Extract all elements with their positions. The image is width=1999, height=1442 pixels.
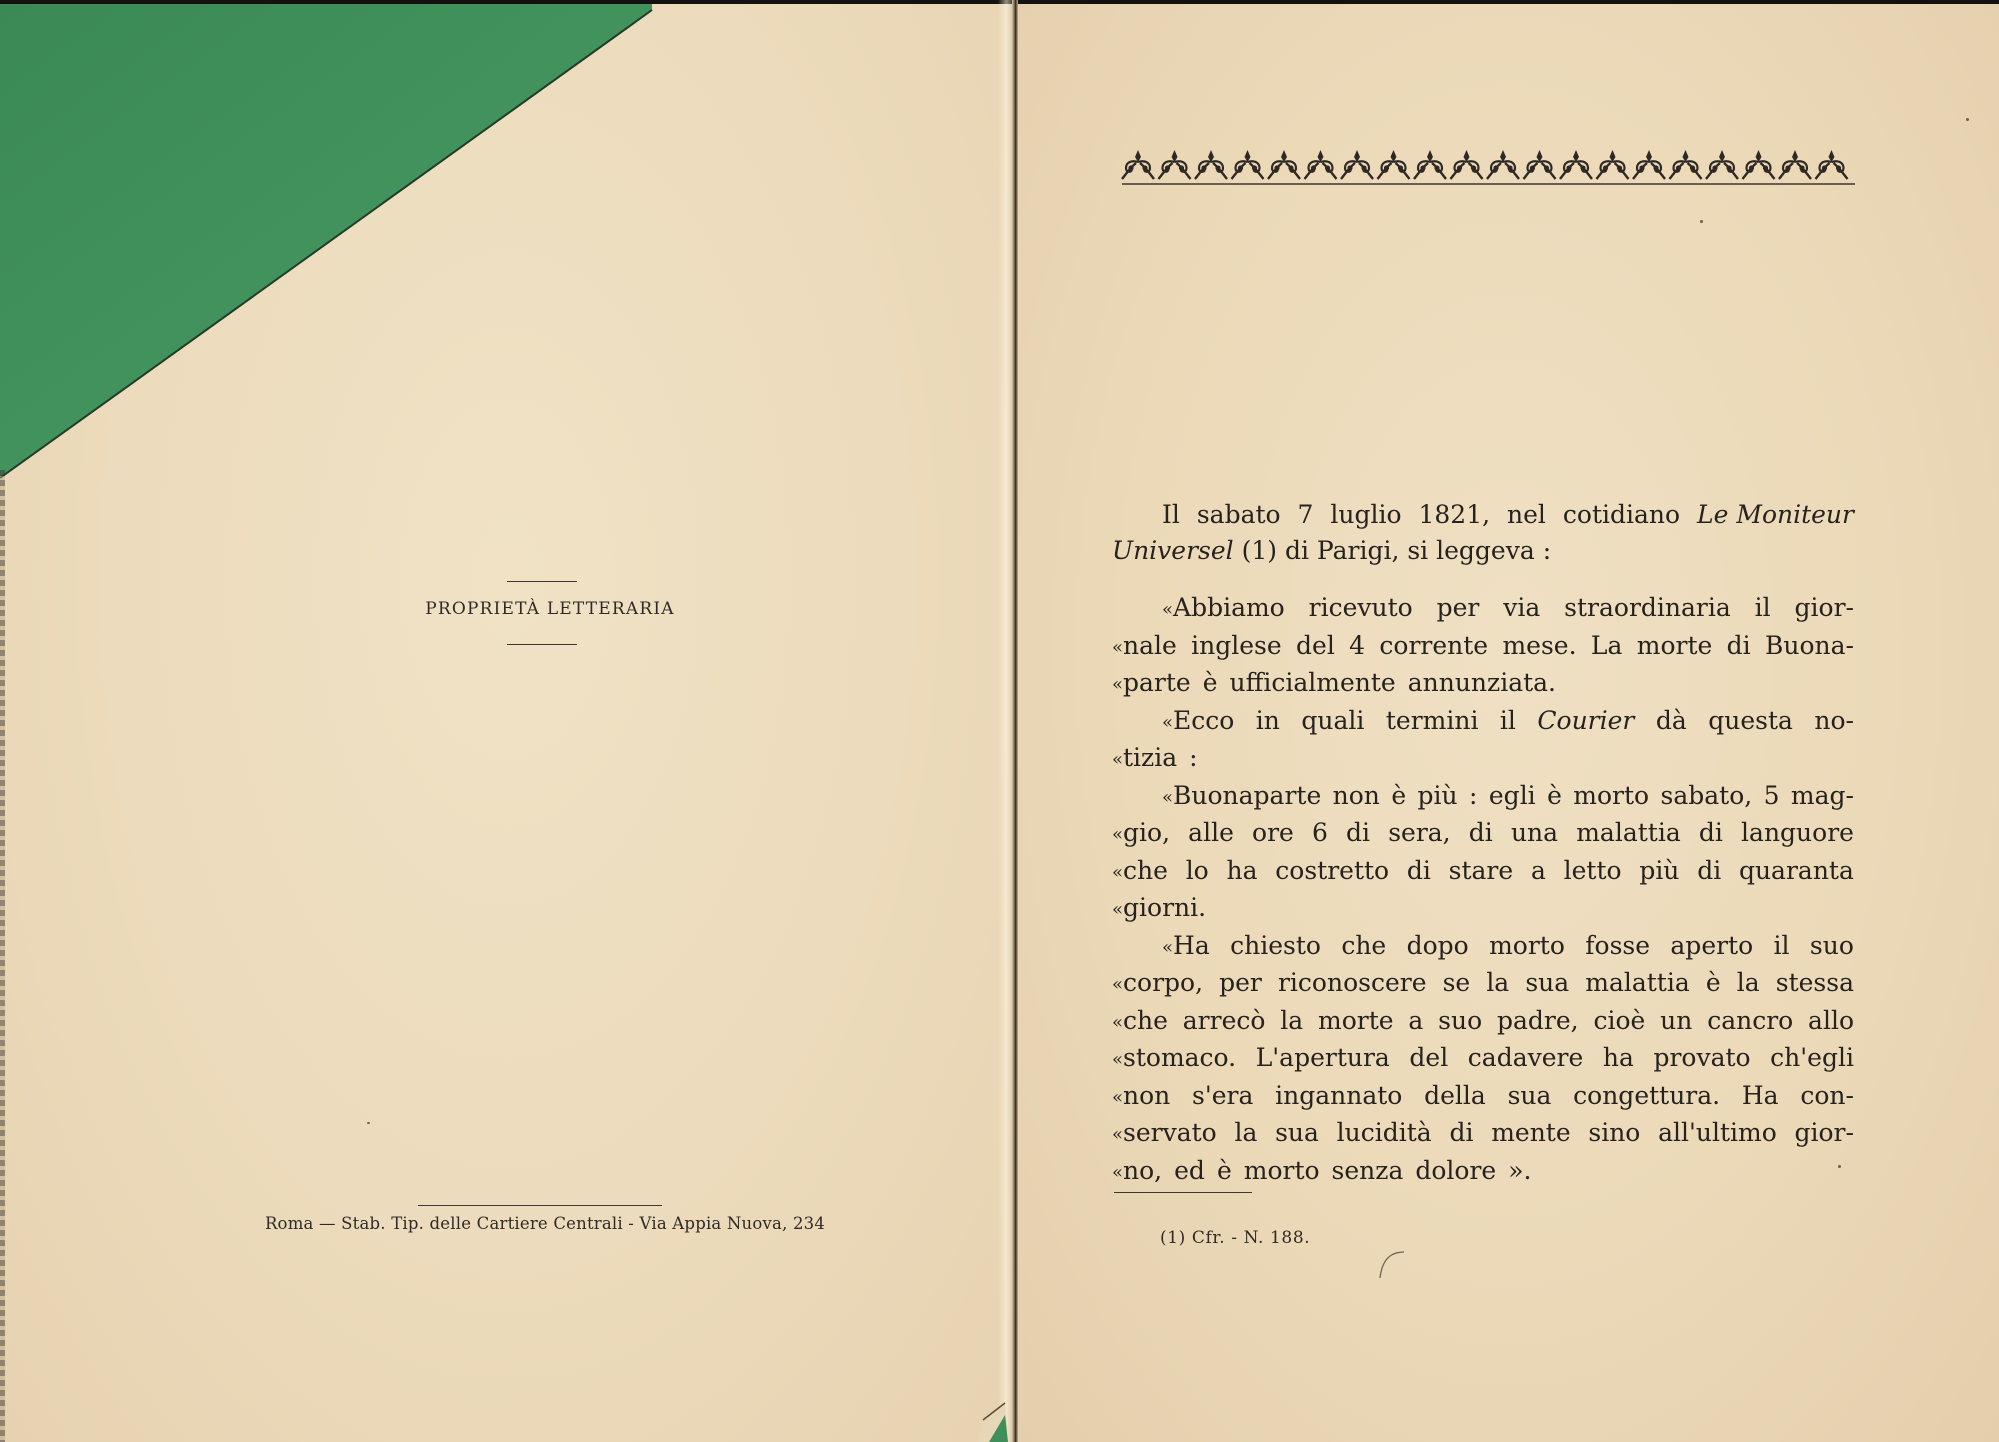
word: costretto <box>1275 853 1389 891</box>
word: di <box>1727 628 1751 666</box>
word: lo <box>1186 853 1209 891</box>
word: morto <box>1573 778 1649 816</box>
guillemet-mark: « <box>1162 592 1171 628</box>
word: ch'egli <box>1770 1040 1854 1078</box>
word: luglio <box>1330 497 1401 533</box>
quote-line: «corpo,perriconoscereselasuamalattiaèlas… <box>1112 965 1854 1003</box>
word: arrecò <box>1183 1003 1266 1041</box>
word: 7 <box>1298 497 1314 533</box>
word: «Ecco <box>1162 703 1234 741</box>
guillemet-mark: « <box>1112 1005 1121 1041</box>
printer-imprint: Roma — Stab. Tip. delle Cartiere Central… <box>220 1214 870 1233</box>
paper-speck <box>1966 118 1969 121</box>
word: : <box>1189 740 1197 778</box>
book-spread: PROPRIETÀ LETTERARIA Roma — Stab. Tip. d… <box>0 0 1999 1442</box>
word: il <box>1500 703 1516 741</box>
word: la <box>1486 965 1509 1003</box>
quote-line: «stomaco.L'aperturadelcadaverehaprovatoc… <box>1112 1040 1854 1078</box>
word: di <box>1469 815 1493 853</box>
word: gior- <box>1795 1115 1854 1153</box>
word: «giorni. <box>1112 890 1206 928</box>
word: sabato, <box>1661 778 1753 816</box>
word: alle <box>1188 815 1234 853</box>
word: Il <box>1162 497 1180 533</box>
word: se <box>1443 965 1471 1003</box>
word: non <box>1333 778 1380 816</box>
word: la <box>1737 965 1760 1003</box>
word: : <box>1469 778 1477 816</box>
intro-line-2: Universel (1) di Parigi, si leggeva : <box>1112 533 1854 569</box>
word: letto <box>1564 853 1622 891</box>
guillemet-mark: « <box>1112 1117 1121 1153</box>
newspaper-name: Courier <box>1537 703 1634 741</box>
word: di <box>1407 853 1431 891</box>
quote-line: «no,edèmortosenzadolore». <box>1112 1153 1854 1191</box>
word: «Buonaparte <box>1162 778 1321 816</box>
word: La <box>1591 628 1623 666</box>
quote-line: «chelohacostrettodistarealettopiùdiquara… <box>1112 853 1854 891</box>
word: dà <box>1656 703 1687 741</box>
guillemet-mark: « <box>1162 780 1171 816</box>
word: ingannato <box>1275 1078 1402 1116</box>
word: s'era <box>1192 1078 1253 1116</box>
quote-line: «Buonapartenonèpiù:eglièmortosabato,5mag… <box>1112 778 1854 816</box>
pencil-mark <box>1360 1250 1410 1280</box>
word: cioè <box>1593 1003 1645 1041</box>
guillemet-mark: « <box>1162 930 1171 966</box>
word: all'ultimo <box>1658 1115 1777 1153</box>
word: di <box>1699 815 1723 853</box>
word: sua <box>1275 1115 1319 1153</box>
word: stare <box>1449 853 1514 891</box>
word: per <box>1219 965 1262 1003</box>
word: con- <box>1800 1078 1854 1116</box>
newspaper-title-cont: Universel <box>1112 536 1234 565</box>
quote-line: «naleinglesedel4correntemese.LamortediBu… <box>1112 628 1854 666</box>
word: «corpo, <box>1112 965 1203 1003</box>
word: «che <box>1112 1003 1168 1041</box>
word: cancro <box>1707 1003 1793 1041</box>
quote-line: «gio,alleore6disera,diunamalattiadilangu… <box>1112 815 1854 853</box>
word: Buona- <box>1765 628 1854 666</box>
word: una <box>1511 815 1558 853</box>
word: no- <box>1814 703 1854 741</box>
word: dolore <box>1415 1153 1496 1191</box>
copyright-notice: PROPRIETÀ LETTERARIA <box>380 599 720 619</box>
word: chiesto <box>1230 928 1321 966</box>
word: straordinaria <box>1564 590 1731 628</box>
word: lucidità <box>1337 1115 1432 1153</box>
word: del <box>1296 628 1335 666</box>
guillemet-mark: « <box>1112 817 1121 853</box>
word: annunziata. <box>1408 665 1556 703</box>
guillemet-mark: « <box>1112 742 1121 778</box>
guillemet-mark: « <box>1112 1042 1121 1078</box>
quote-line: «nons'eraingannatodellasuacongettura.Hac… <box>1112 1078 1854 1116</box>
guillemet-mark: « <box>1112 855 1121 891</box>
word: cadavere <box>1468 1040 1583 1078</box>
word: «tizia <box>1112 740 1177 778</box>
word: più <box>1639 853 1679 891</box>
word: padre, <box>1497 1003 1579 1041</box>
word: 6 <box>1312 815 1328 853</box>
word: mente <box>1491 1115 1570 1153</box>
word: sua <box>1508 1078 1552 1116</box>
intro-rest: (1) di Parigi, si leggeva : <box>1242 533 1552 569</box>
word: provato <box>1653 1040 1750 1078</box>
word: a <box>1531 853 1546 891</box>
word: mag- <box>1791 778 1854 816</box>
word: languore <box>1741 815 1854 853</box>
quote-line: «servatolasualuciditàdimentesinoall'ulti… <box>1112 1115 1854 1153</box>
word: che <box>1341 928 1386 966</box>
word: nel <box>1507 497 1546 533</box>
quote-line: «Hachiestochedopomortofosseapertoilsuo <box>1112 928 1854 966</box>
word: corrente <box>1379 628 1488 666</box>
word: ha <box>1603 1040 1634 1078</box>
quote-line: «giorni. <box>1112 890 1854 928</box>
page-edge-shadow <box>0 470 5 1442</box>
word: il <box>1774 928 1790 966</box>
guillemet-mark: « <box>1112 630 1121 666</box>
word: è <box>1547 778 1562 816</box>
intro-line-1: Il sabato 7 luglio 1821, nel cotidiano L… <box>1112 497 1854 533</box>
word: un <box>1660 1003 1692 1041</box>
word: congettura. <box>1573 1078 1720 1116</box>
word: suo <box>1438 1003 1482 1041</box>
word: «no, <box>1112 1153 1162 1191</box>
word: di <box>1449 1115 1473 1153</box>
word: cotidiano <box>1563 497 1680 533</box>
guillemet-mark: « <box>1112 1155 1121 1191</box>
word: allo <box>1808 1003 1854 1041</box>
quote-line: «chearrecòlamorteasuopadre,cioèuncancroa… <box>1112 1003 1854 1041</box>
word: ed <box>1174 1153 1205 1191</box>
word: riconoscere <box>1278 965 1427 1003</box>
word: senza <box>1332 1153 1404 1191</box>
word: di <box>1697 853 1721 891</box>
word: ricevuto <box>1309 590 1413 628</box>
guillemet-mark: « <box>1162 705 1171 741</box>
word: malattia <box>1576 815 1681 853</box>
guillemet-mark: « <box>1112 1080 1121 1116</box>
word: è <box>1203 665 1218 703</box>
word: «parte <box>1112 665 1191 703</box>
word: ha <box>1227 853 1258 891</box>
quote-line: «parteèufficialmenteannunziata. <box>1112 665 1854 703</box>
word: ». <box>1508 1153 1531 1191</box>
word: morto <box>1489 928 1565 966</box>
word: inglese <box>1191 628 1282 666</box>
word: sino <box>1588 1115 1640 1153</box>
word: la <box>1280 1003 1303 1041</box>
paper-speck <box>367 1122 370 1124</box>
quoted-dispatch: «Abbiamoricevutoperviastraordinariailgio… <box>1112 590 1854 1190</box>
guillemet-mark: « <box>1112 667 1121 703</box>
word: morte <box>1318 1003 1394 1041</box>
word: ufficialmente <box>1230 665 1396 703</box>
word: via <box>1503 590 1540 628</box>
word: morto <box>1244 1153 1320 1191</box>
guillemet-mark: « <box>1112 892 1121 928</box>
newspaper-title: Le Moniteur <box>1697 497 1854 533</box>
word: il <box>1755 590 1771 628</box>
word: è <box>1391 778 1406 816</box>
word: la <box>1234 1115 1257 1153</box>
paper-speck <box>1700 220 1703 223</box>
word: sera, <box>1388 815 1450 853</box>
word: sua <box>1525 965 1569 1003</box>
word: quaranta <box>1739 853 1854 891</box>
word: quali <box>1301 703 1364 741</box>
word: «stomaco. <box>1112 1040 1236 1078</box>
word: 4 <box>1349 628 1365 666</box>
word: sabato <box>1197 497 1281 533</box>
word: è <box>1706 965 1721 1003</box>
footnote: (1) Cfr. - N. 188. <box>1160 1228 1310 1248</box>
word: 1821, <box>1419 497 1491 533</box>
word: aperto <box>1670 928 1753 966</box>
spine-tear <box>975 1395 1010 1442</box>
gutter-highlight <box>998 0 1012 1442</box>
word: questa <box>1708 703 1793 741</box>
green-cover-corner <box>0 0 660 480</box>
word: a <box>1408 1003 1423 1041</box>
word: fosse <box>1585 928 1650 966</box>
word: malattia <box>1585 965 1690 1003</box>
word: stessa <box>1776 965 1854 1003</box>
rule-above-copyright <box>507 581 577 582</box>
word: «gio, <box>1112 815 1170 853</box>
word: suo <box>1810 928 1854 966</box>
word: «Abbiamo <box>1162 590 1285 628</box>
word: più <box>1418 778 1458 816</box>
rule-above-imprint <box>418 1205 662 1206</box>
quote-line: «EccoinqualiterminiilCourierdàquestano- <box>1112 703 1854 741</box>
word: Ha <box>1742 1078 1779 1116</box>
word: L'apertura <box>1256 1040 1390 1078</box>
fleuron-border-ornament <box>1120 148 1855 186</box>
word: dopo <box>1407 928 1469 966</box>
word: ore <box>1252 815 1294 853</box>
word: per <box>1437 590 1480 628</box>
word: in <box>1256 703 1280 741</box>
word: della <box>1424 1078 1486 1116</box>
word: «che <box>1112 853 1168 891</box>
word: gior- <box>1795 590 1854 628</box>
rule-below-copyright <box>507 644 577 645</box>
paper-speck <box>1838 1165 1841 1168</box>
word: termini <box>1386 703 1479 741</box>
word: mese. <box>1502 628 1576 666</box>
word: «servato <box>1112 1115 1217 1153</box>
guillemet-mark: « <box>1112 967 1121 1003</box>
word: di <box>1346 815 1370 853</box>
word: del <box>1409 1040 1448 1078</box>
intro-paragraph: Il sabato 7 luglio 1821, nel cotidiano L… <box>1112 497 1854 568</box>
quote-line: «tizia: <box>1112 740 1854 778</box>
word: 5 <box>1764 778 1780 816</box>
word: «nale <box>1112 628 1177 666</box>
footnote-rule <box>1114 1192 1252 1193</box>
word: «non <box>1112 1078 1170 1116</box>
word: morte <box>1637 628 1713 666</box>
word: è <box>1217 1153 1232 1191</box>
word: egli <box>1489 778 1536 816</box>
quote-line: «Abbiamoricevutoperviastraordinariailgio… <box>1112 590 1854 628</box>
word: «Ha <box>1162 928 1210 966</box>
